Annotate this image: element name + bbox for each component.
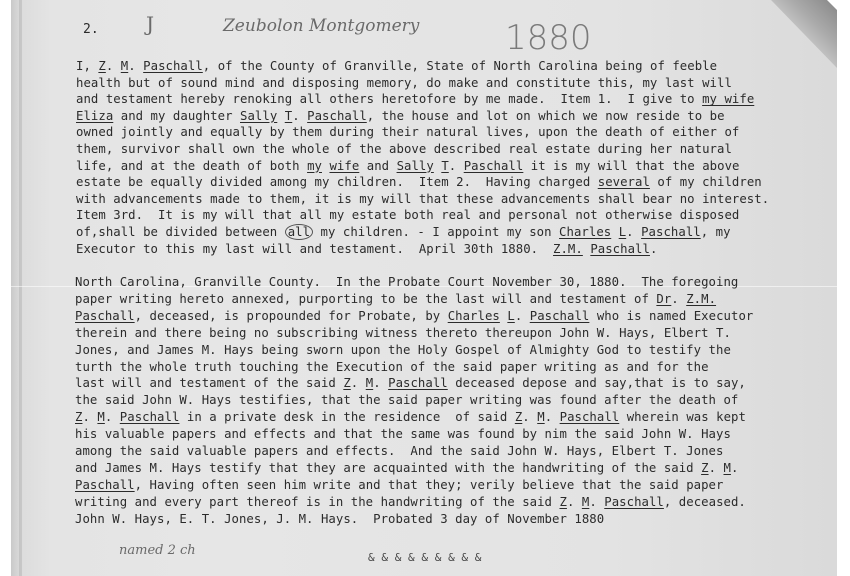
handwritten-initial: J [146, 12, 154, 36]
text-line: and James M. Hays testify that they are … [75, 461, 738, 475]
underlined-text: Paschall [464, 159, 524, 173]
circled-text: all [285, 224, 313, 240]
underlined-text: my [307, 159, 322, 173]
text-line: North Carolina, Granville County. In the… [75, 275, 738, 289]
text-line: therein and there being no subscribing w… [75, 326, 731, 340]
underlined-text: Paschall [120, 410, 180, 424]
underlined-text: Paschall [75, 309, 135, 323]
underlined-text: Paschall [604, 495, 664, 509]
underlined-text: L [507, 309, 514, 323]
text-line: and testament hereby renoking all others… [76, 92, 754, 106]
text-line: estate be equally divided among my child… [76, 175, 762, 189]
underlined-text: Sally [397, 159, 434, 173]
text-line: Eliza and my daughter Sally T. Paschall,… [76, 109, 725, 123]
underlined-text: Paschall [590, 242, 650, 256]
underlined-text: Paschall [560, 410, 620, 424]
underlined-text: Paschall [641, 225, 701, 239]
underlined-text: Eliza [76, 109, 113, 123]
ampersand-line: & & & & & & & & & [368, 551, 481, 564]
underlined-text: M [97, 410, 104, 424]
underlined-text: Paschall [75, 478, 135, 492]
underlined-text: Paschall [143, 59, 203, 73]
underlined-text: Sally [240, 109, 277, 123]
underlined-text: M [723, 461, 730, 475]
underlined-text: Paschall [307, 109, 367, 123]
page-curl-corner [757, 0, 837, 80]
handwritten-note: named 2 ch [119, 543, 196, 558]
handwritten-name: Zeubolon Montgomery [223, 16, 419, 36]
text-line: Paschall, deceased, is propounded for Pr… [75, 309, 753, 323]
underlined-text: Charles [448, 309, 500, 323]
text-line: life, and at the death of both my wife a… [76, 159, 740, 173]
text-line: I, Z. M. Paschall, of the County of Gran… [76, 59, 717, 73]
text-line: paper writing hereto annexed, purporting… [75, 292, 716, 306]
text-line: his valuable papers and effects and that… [75, 427, 731, 441]
underlined-text: Z [343, 376, 350, 390]
text-line: with advancements made to them, it is my… [76, 192, 769, 206]
underlined-text: Z [701, 461, 708, 475]
underlined-text: my wife [702, 92, 754, 106]
underlined-text: Dr [656, 292, 671, 306]
text-line: Item 3rd. It is my will that all my esta… [76, 208, 739, 222]
document-page: 2. J Zeubolon Montgomery 1880 I, Z. M. P… [11, 0, 837, 576]
text-line: the said John W. Hays testifies, that th… [75, 393, 738, 407]
text-line: Executor to this my last will and testam… [76, 242, 657, 256]
text-line: among the said valuable papers and effec… [75, 444, 723, 458]
underlined-text: Charles [559, 225, 611, 239]
underlined-text: Z [559, 495, 566, 509]
handwritten-year: 1880 [505, 18, 592, 58]
text-line: last will and testament of the said Z. M… [75, 376, 746, 390]
text-line: turth the whole truth touching the Execu… [75, 360, 709, 374]
underlined-text: Paschall [388, 376, 448, 390]
underlined-text: several [598, 175, 650, 189]
text-line: them, survivor shall own the whole of th… [76, 142, 732, 156]
underlined-text: Z.M. [686, 292, 716, 306]
underlined-text: Z.M. [553, 242, 583, 256]
underlined-text: wife [329, 159, 359, 173]
text-line: health but of sound mind and disposing m… [76, 76, 732, 90]
text-line: Paschall, Having often seen him write an… [75, 478, 723, 492]
text-line: of,shall be divided between all my child… [76, 225, 731, 239]
text-line: Z. M. Paschall in a private desk in the … [75, 410, 746, 424]
page-number: 2. [83, 22, 99, 37]
underlined-text: M [537, 410, 544, 424]
text-line: Jones, and James M. Hays being sworn upo… [75, 343, 731, 357]
text-line: owned jointly and equally by them during… [76, 125, 739, 139]
text-line: writing and every part thereof is in the… [75, 495, 746, 509]
underlined-text: T [441, 159, 448, 173]
text-line: John W. Hays, E. T. Jones, J. M. Hays. P… [75, 512, 604, 526]
underlined-text: Paschall [530, 309, 590, 323]
underlined-text: Z [98, 59, 105, 73]
